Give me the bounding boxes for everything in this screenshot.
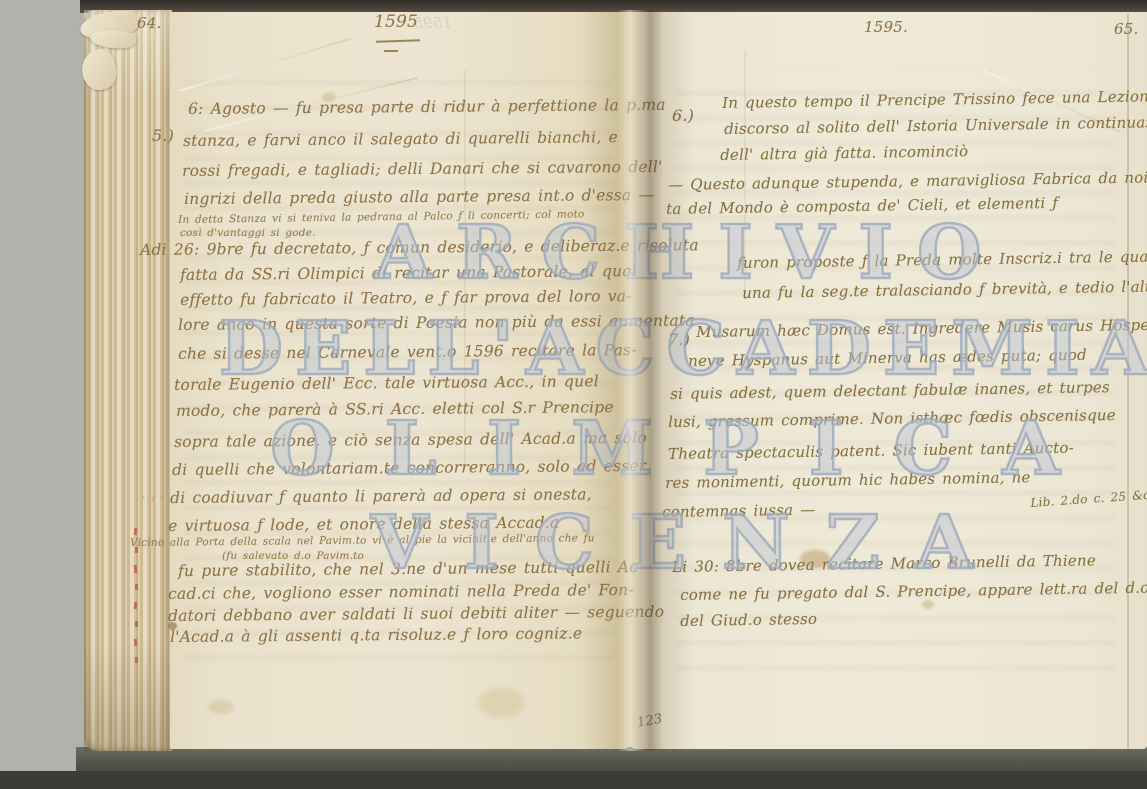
manuscript-line: l'Acad.a à gli assenti q.ta risoluz.e ƒ … — [170, 624, 582, 646]
red-margin-mark — [135, 657, 138, 663]
manuscript-line: stanza, e farvi anco il salegato di quar… — [183, 128, 618, 150]
manuscript-scan: 64. 1595 1595 1595. 65. 5.) · : · 6: Ago… — [0, 0, 1147, 789]
manuscript-line: del Giud.o stesso — [680, 610, 817, 630]
red-margin-mark — [134, 565, 137, 573]
red-margin-mark — [134, 639, 137, 646]
margin-entry-number: 5.) — [152, 126, 174, 145]
offset-ghost-year: 1595 — [413, 14, 452, 32]
margin-dots: · : · — [142, 492, 164, 504]
manuscript-line: torale Eugenio dell' Ecc. tale virtuosa … — [174, 372, 599, 394]
desk-surface-strip — [0, 771, 1147, 789]
red-margin-mark — [135, 584, 138, 590]
year-heading-right: 1595. — [864, 18, 908, 36]
margin-entry-number: 7.) — [668, 330, 690, 349]
manuscript-line: di coadiuvar ƒ quanto li parerà ad opera… — [170, 485, 592, 507]
folio-number-left: 64. — [137, 14, 161, 32]
manuscript-line: contemnas iussa — — [662, 501, 816, 521]
interline-note: così d'vantaggi si gode. — [180, 227, 316, 239]
margin-entry-number: 6.) — [672, 106, 694, 125]
red-margin-mark — [135, 547, 138, 553]
year-underline-dash — [384, 50, 398, 52]
red-margin-mark — [135, 621, 138, 627]
manuscript-line: modo, che parerà à SS.ri Acc. eletti col… — [176, 398, 614, 420]
folio-number-right: 65. — [1114, 20, 1138, 38]
year-heading-left: 1595 — [374, 12, 418, 32]
red-margin-mark — [134, 528, 137, 535]
manuscript-line: e virtuosa ƒ lode, et onore della stessa… — [168, 514, 560, 535]
fore-edge-shading — [84, 10, 172, 751]
